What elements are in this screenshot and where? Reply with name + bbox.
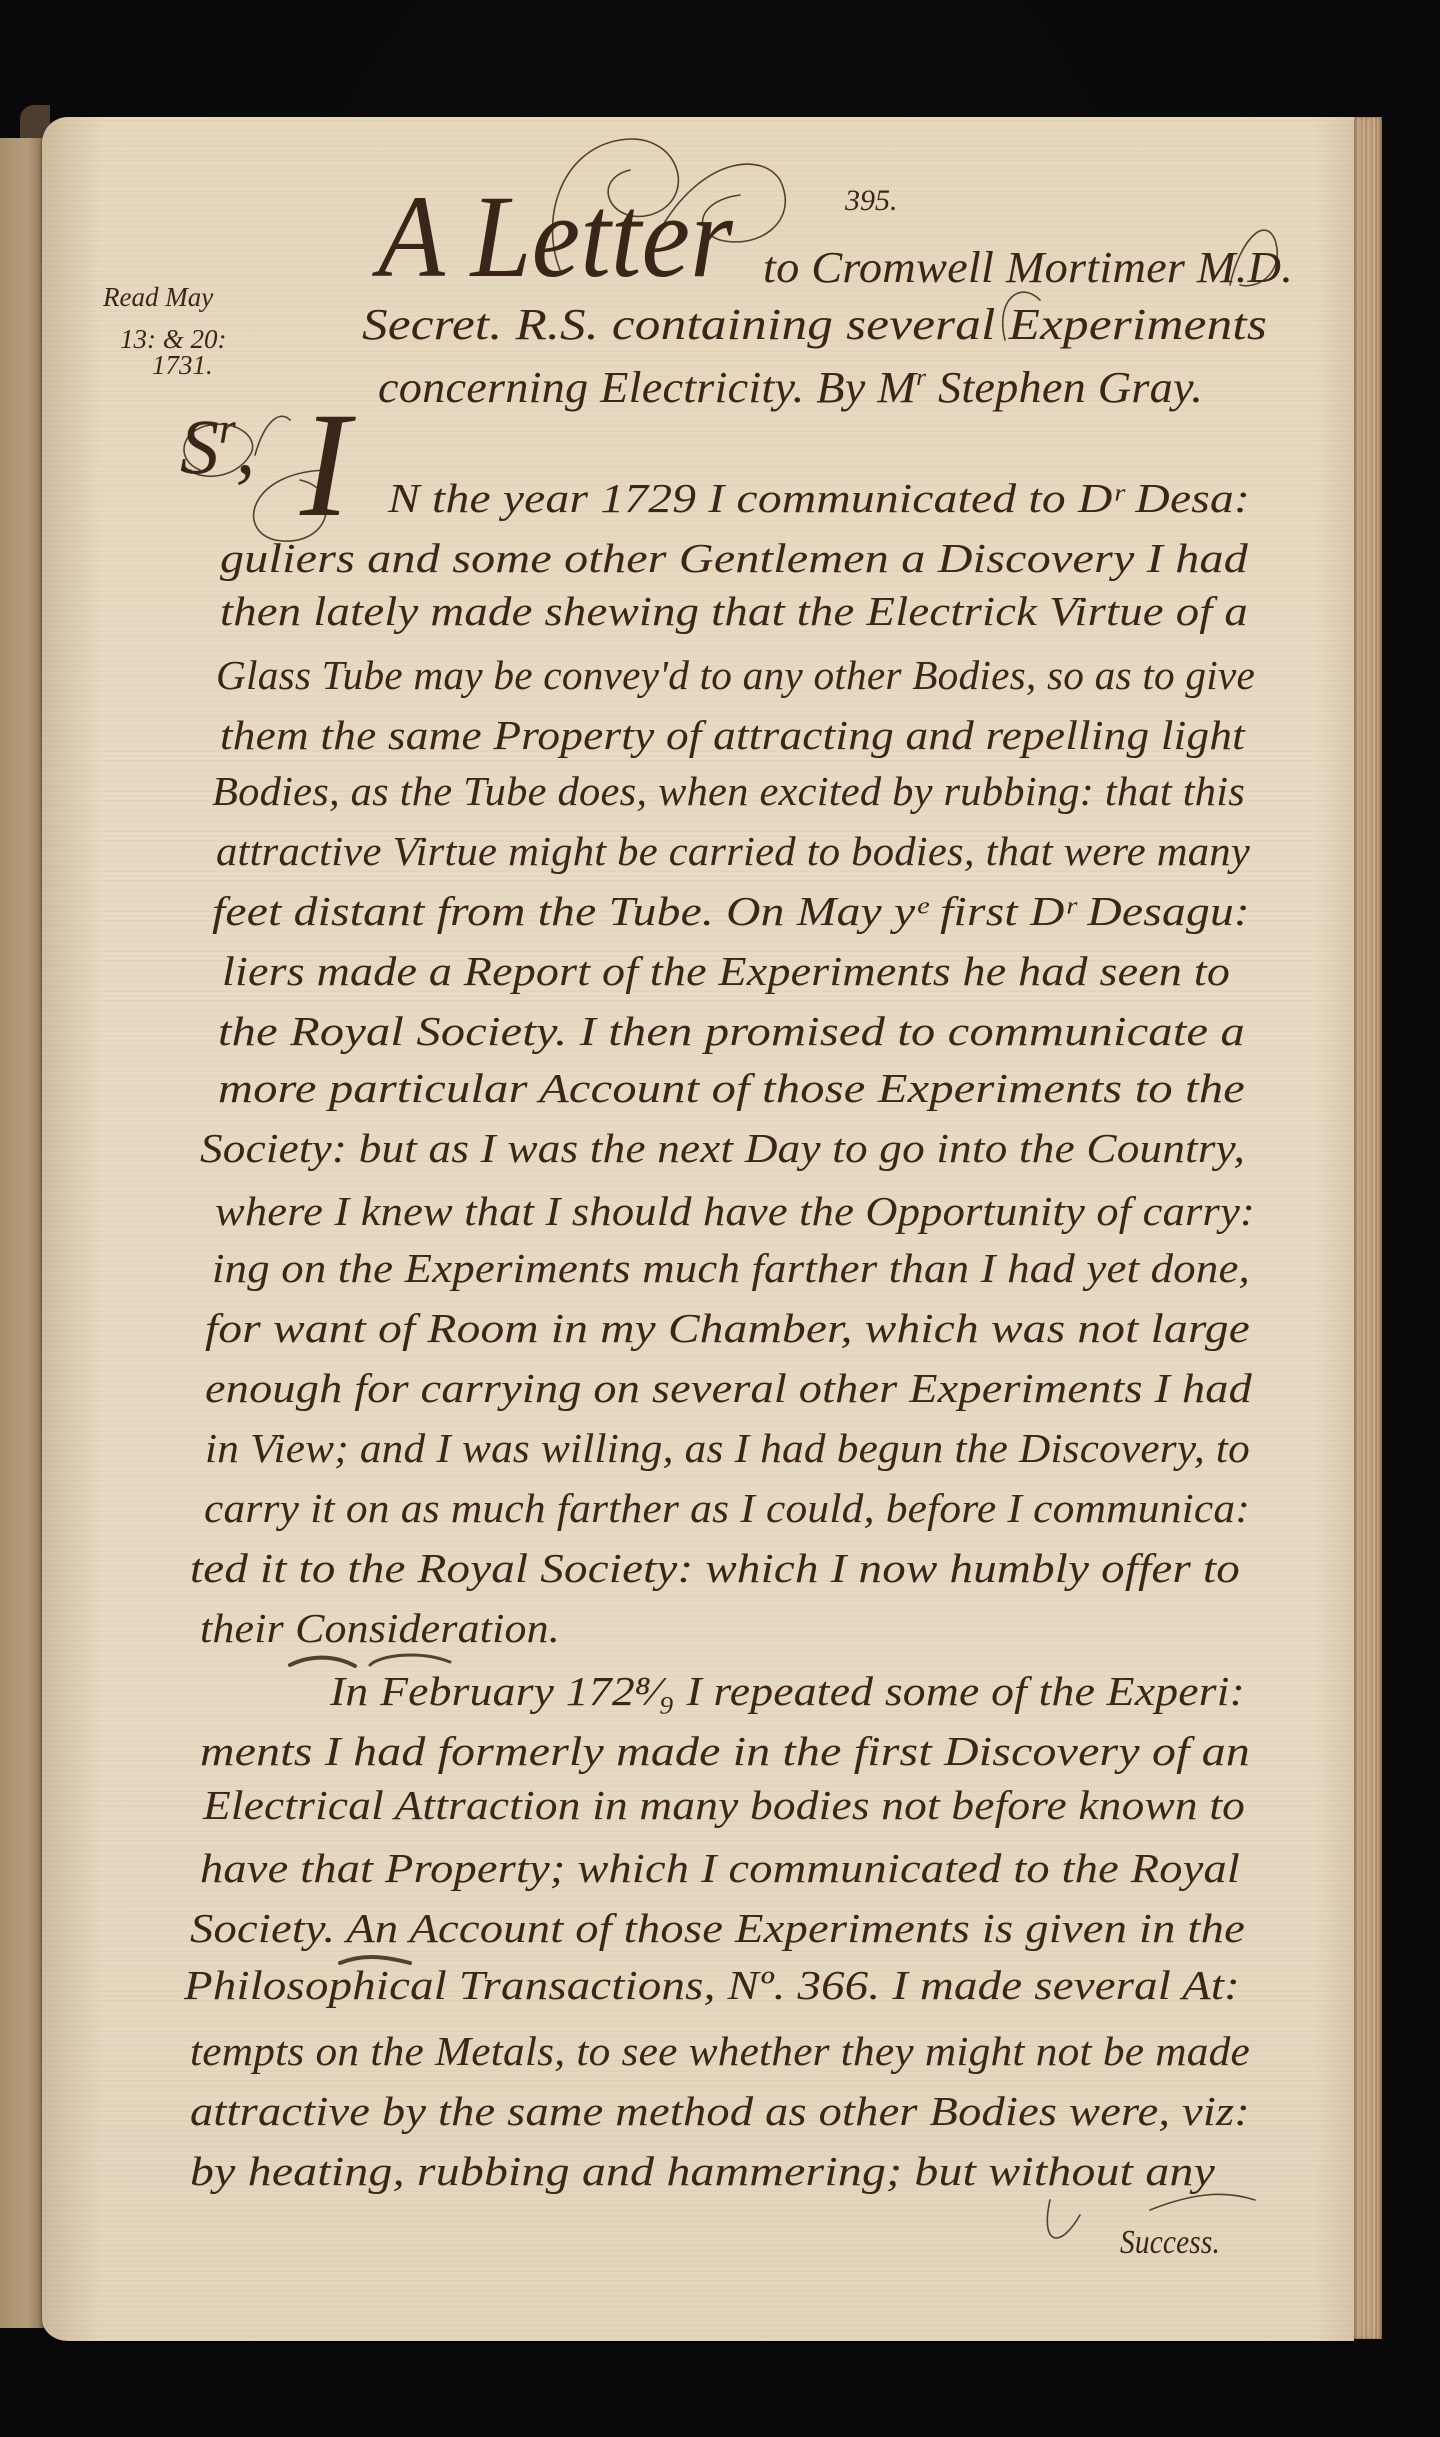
catchword: Success. — [1120, 2226, 1220, 2260]
body-line: enough for carrying on several other Exp… — [205, 1368, 1252, 1409]
body-line: Society: but as I was the next Day to go… — [200, 1128, 1245, 1169]
body-line: Glass Tube may be convey'd to any other … — [216, 655, 1255, 696]
heading-line-3-end: Stephen Gray. — [926, 363, 1203, 412]
body-line: attractive by the same method as other B… — [190, 2091, 1250, 2132]
body-line: Philosophical Transactions, Nº. 366. I m… — [184, 1965, 1240, 2006]
salutation-punct: , — [236, 403, 256, 490]
body-line: Electrical Attraction in many bodies not… — [203, 1785, 1245, 1826]
page-number: 395. — [845, 186, 898, 216]
salutation: Sr, — [180, 408, 255, 486]
heading-line-2: Secret. R.S. containing several Experime… — [362, 303, 1267, 347]
body-line: ments I had formerly made in the first D… — [200, 1731, 1250, 1772]
body-line: in View; and I was willing, as I had beg… — [205, 1428, 1250, 1469]
body-line: Bodies, as the Tube does, when excited b… — [212, 771, 1245, 812]
heading-line-3: concerning Electricity. By Mr Stephen Gr… — [378, 366, 1203, 410]
heading-line-3-sup: r — [916, 364, 926, 391]
previous-page-edge — [0, 138, 46, 2328]
margin-note-line-2: 13: & 20: — [120, 326, 226, 353]
body-line: by heating, rubbing and hammering; but w… — [190, 2151, 1215, 2192]
body-line: then lately made shewing that the Electr… — [220, 591, 1248, 632]
body-line: tempts on the Metals, to see whether the… — [190, 2031, 1250, 2072]
body-line: have that Property; which I communicated… — [200, 1848, 1240, 1889]
body-line: their Consideration. — [200, 1608, 560, 1649]
body-line: more particular Account of those Experim… — [218, 1068, 1245, 1109]
salutation-sup: r — [219, 406, 236, 453]
body-line: liers made a Report of the Experiments h… — [222, 951, 1230, 992]
heading-line-3-start: concerning Electricity. By M — [378, 363, 916, 412]
body-line: for want of Room in my Chamber, which wa… — [205, 1308, 1250, 1349]
body-line: them the same Property of attracting and… — [220, 715, 1245, 756]
heading-title: A Letter — [378, 178, 733, 296]
body-line: where I knew that I should have the Oppo… — [215, 1191, 1255, 1232]
body-line: In February 172⁸⁄₉ I repeated some of th… — [330, 1671, 1245, 1712]
body-line: the Royal Society. I then promised to co… — [218, 1011, 1245, 1052]
margin-note-line-1: Read May — [103, 284, 213, 311]
body-line: attractive Virtue might be carried to bo… — [216, 831, 1250, 872]
body-line: guliers and some other Gentlemen a Disco… — [220, 538, 1248, 579]
drop-cap: I — [300, 390, 350, 540]
body-line: N the year 1729 I communicated to Dʳ Des… — [388, 478, 1250, 519]
body-line: ted it to the Royal Society: which I now… — [190, 1548, 1240, 1589]
salutation-letter: S — [180, 403, 219, 490]
body-line: feet distant from the Tube. On May yᵉ fi… — [212, 891, 1250, 932]
body-line: Society. An Account of those Experiments… — [190, 1908, 1245, 1949]
heading-line-1: to Cromwell Mortimer M.D. — [763, 246, 1293, 290]
body-line: carry it on as much farther as I could, … — [204, 1488, 1250, 1529]
body-line: ing on the Experiments much farther than… — [212, 1248, 1250, 1289]
margin-note-line-3: 1731. — [152, 352, 213, 379]
page-stack-edge — [1350, 117, 1382, 2339]
